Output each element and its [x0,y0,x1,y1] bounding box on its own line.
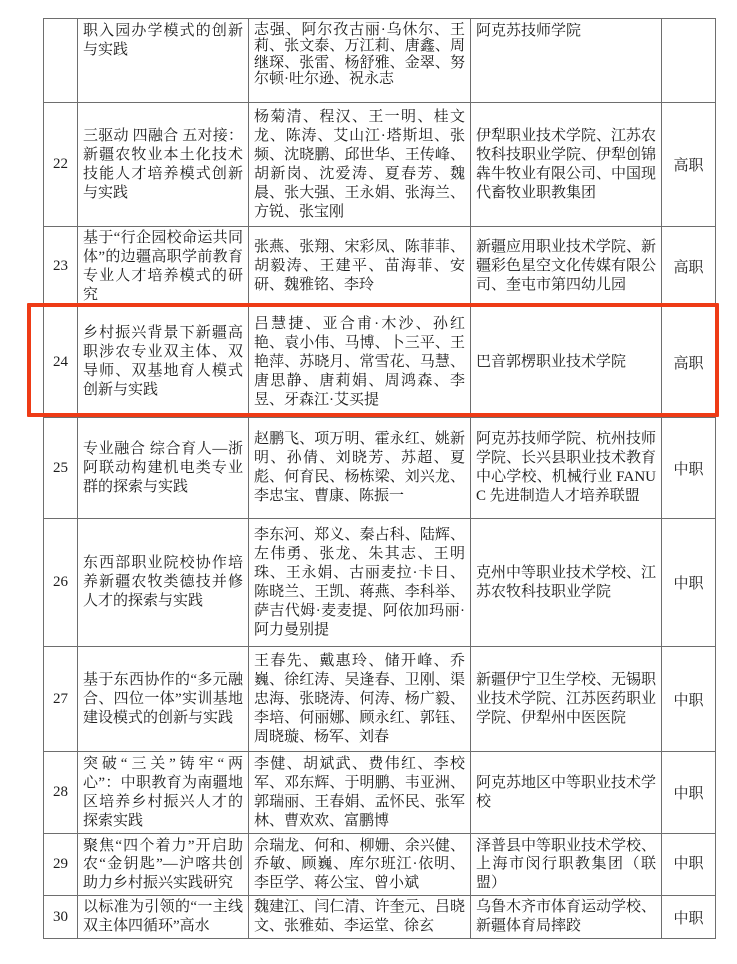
cell-organizations: 克州中等职业技术学校、江苏农牧科技职业学院 [471,519,662,647]
level-label: 高职 [673,256,703,277]
cell-level: 高职 [662,103,716,227]
level-label: 高职 [673,352,703,373]
cell-organizations: 新疆应用职业技术学院、新疆彩色星空文化传媒有限公司、奎屯市第四幼儿园 [471,227,662,307]
project-title: 专业融合 综合育人—浙阿联动构建机电类专业群的探索与实践 [83,440,243,497]
cell-number: 26 [44,519,78,647]
cell-project-title: 职入园办学模式的创新与实践 [78,19,249,103]
table-row-highlighted: 24 乡村振兴背景下新疆高职涉农专业双主体、双导师、双基地育人模式创新与实践 吕… [44,307,716,418]
team-members: 李东河、郑义、秦占科、陆辉、左伟勇、张龙、朱其志、王明珠、王永娟、古丽麦拉·卡日… [254,526,465,640]
row-number: 26 [53,574,68,591]
team-members: 杨菊清、程汉、王一明、桂文龙、陈涛、艾山江·塔斯坦、张频、沈晓鹏、邱世华、王传峰… [254,108,465,222]
cell-team-members: 张燕、张翔、宋彩凤、陈菲菲、胡毅涛、王建平、苗海菲、安研、魏雅铭、李玲 [249,227,471,307]
table-row: 职入园办学模式的创新与实践 志强、阿尔孜古丽·乌休尔、王莉、张文泰、万江莉、唐鑫… [44,19,716,103]
cell-number: 27 [44,647,78,752]
organizations: 阿克苏技师学院、杭州技师学院、长兴县职业技术教育中心学校、机械行业 FANUC … [476,430,656,506]
row-number: 24 [53,354,68,371]
cell-project-title: 基于东西协作的“多元融合、四位一体”实训基地建设模式的创新与实践 [78,647,249,752]
organizations: 新疆伊宁卫生学校、无锡职业技术学院、江苏医药职业学院、伊犁州中医医院 [476,671,656,728]
level-label: 中职 [673,782,703,803]
cell-organizations: 乌鲁木齐市体育运动学校、新疆体育局摔跤 [471,896,662,939]
cell-number: 24 [44,307,78,418]
cell-organizations: 巴音郭楞职业技术学院 [471,307,662,418]
cell-number: 30 [44,896,78,939]
cell-project-title: 突破“三关”铸牢“两心”：中职教育为南疆地区培养乡村振兴人才的探索实践 [78,752,249,834]
organizations: 伊犁职业技术学院、江苏农牧科技职业学院、伊犁创锦犇牛牧业有限公司、中国现代畜牧业… [476,127,656,203]
cell-number [44,19,78,103]
project-title: 以标准为引领的“一主线双主体四循环”高水 [83,898,243,936]
cell-organizations: 泽普县中等职业技术学校、上海市闵行职教集团（联盟） [471,834,662,896]
level-label: 高职 [673,154,703,175]
cell-team-members: 佘瑞龙、何和、柳姗、余兴健、乔敏、顾巍、库尔班江·依明、李臣学、蒋公宝、曾小斌 [249,834,471,896]
cell-team-members: 魏建江、闫仁清、许奎元、吕晓文、张雅茹、李运堂、徐玄 [249,896,471,939]
project-title: 职入园办学模式的创新与实践 [83,22,243,60]
team-members: 佘瑞龙、何和、柳姗、余兴健、乔敏、顾巍、库尔班江·依明、李臣学、蒋公宝、曾小斌 [254,837,465,893]
project-title: 突破“三关”铸牢“两心”：中职教育为南疆地区培养乡村振兴人才的探索实践 [83,755,243,831]
cell-project-title: 东西部职业院校协作培养新疆农牧类德技并修人才的探索与实践 [78,519,249,647]
organizations: 克州中等职业技术学校、江苏农牧科技职业学院 [476,564,656,602]
cell-level [662,19,716,103]
cell-project-title: 以标准为引领的“一主线双主体四循环”高水 [78,896,249,939]
table-row: 27 基于东西协作的“多元融合、四位一体”实训基地建设模式的创新与实践 王春先、… [44,647,716,752]
project-title: 乡村振兴背景下新疆高职涉农专业双主体、双导师、双基地育人模式创新与实践 [83,324,243,400]
project-title: 基于“行企园校命运共同体”的边疆高职学前教育专业人才培养模式的研究 [83,229,243,305]
organizations: 巴音郭楞职业技术学院 [476,353,656,372]
team-members: 魏建江、闫仁清、许奎元、吕晓文、张雅茹、李运堂、徐玄 [254,898,465,936]
team-members: 王春先、戴惠玲、储开峰、乔巍、徐红涛、吴逢春、卫刚、渠忠海、张晓涛、何涛、杨广毅… [254,652,465,747]
table-row: 29 聚焦“四个着力”开启助农“金钥匙”—沪喀共创助力乡村振兴实践研究 佘瑞龙、… [44,834,716,896]
cell-number: 22 [44,103,78,227]
level-label: 中职 [673,572,703,593]
row-number: 25 [53,460,68,477]
cell-team-members: 李东河、郑义、秦占科、陆辉、左伟勇、张龙、朱其志、王明珠、王永娟、古丽麦拉·卡日… [249,519,471,647]
cell-project-title: 聚焦“四个着力”开启助农“金钥匙”—沪喀共创助力乡村振兴实践研究 [78,834,249,896]
row-number: 28 [53,784,68,801]
organizations: 新疆应用职业技术学院、新疆彩色星空文化传媒有限公司、奎屯市第四幼儿园 [476,238,656,295]
cell-level: 中职 [662,752,716,834]
cell-level: 高职 [662,307,716,418]
table-row: 26 东西部职业院校协作培养新疆农牧类德技并修人才的探索与实践 李东河、郑义、秦… [44,519,716,647]
level-label: 中职 [673,907,703,928]
team-members: 吕慧捷、亚合甫·木沙、孙红艳、袁小伟、马博、卜三平、王艳萍、苏晓月、常雪花、马慧… [254,315,465,410]
cell-project-title: 基于“行企园校命运共同体”的边疆高职学前教育专业人才培养模式的研究 [78,227,249,307]
cell-team-members: 赵鹏飞、项万明、霍永红、姚新明、孙倩、刘晓芳、苏超、夏彪、何育民、杨栋梁、刘兴龙… [249,418,471,519]
table-row: 28 突破“三关”铸牢“两心”：中职教育为南疆地区培养乡村振兴人才的探索实践 李… [44,752,716,834]
row-number: 22 [53,156,68,173]
level-label: 中职 [673,458,703,479]
table-row: 23 基于“行企园校命运共同体”的边疆高职学前教育专业人才培养模式的研究 张燕、… [44,227,716,307]
team-members: 赵鹏飞、项万明、霍永红、姚新明、孙倩、刘晓芳、苏超、夏彪、何育民、杨栋梁、刘兴龙… [254,430,465,506]
project-title: 三驱动 四融合 五对接：新疆农牧业本土化技术技能人才培养模式创新与实践 [83,127,243,203]
organizations: 乌鲁木齐市体育运动学校、新疆体育局摔跤 [476,898,656,936]
cell-level: 中职 [662,896,716,939]
cell-organizations: 阿克苏地区中等职业技术学校 [471,752,662,834]
cell-team-members: 志强、阿尔孜古丽·乌休尔、王莉、张文泰、万江莉、唐鑫、周继琛、张雷、杨舒雅、金翠… [249,19,471,103]
cell-organizations: 阿克苏技师学院、杭州技师学院、长兴县职业技术教育中心学校、机械行业 FANUC … [471,418,662,519]
cell-level: 中职 [662,418,716,519]
organizations: 阿克苏技师学院 [476,22,656,41]
row-number: 30 [53,909,68,926]
cell-level: 高职 [662,227,716,307]
cell-project-title: 专业融合 综合育人—浙阿联动构建机电类专业群的探索与实践 [78,418,249,519]
cell-organizations: 新疆伊宁卫生学校、无锡职业技术学院、江苏医药职业学院、伊犁州中医医院 [471,647,662,752]
project-title: 基于东西协作的“多元融合、四位一体”实训基地建设模式的创新与实践 [83,671,243,728]
cell-team-members: 吕慧捷、亚合甫·木沙、孙红艳、袁小伟、马博、卜三平、王艳萍、苏晓月、常雪花、马慧… [249,307,471,418]
team-members: 李健、胡斌武、费伟红、李校军、邓东辉、于明鹏、韦亚洲、郭瑞丽、王春娟、孟怀民、张… [254,755,465,831]
cell-number: 28 [44,752,78,834]
cell-organizations: 阿克苏技师学院 [471,19,662,103]
project-awards-table: 职入园办学模式的创新与实践 志强、阿尔孜古丽·乌休尔、王莉、张文泰、万江莉、唐鑫… [43,18,716,939]
project-title: 东西部职业院校协作培养新疆农牧类德技并修人才的探索与实践 [83,554,243,611]
project-title: 聚焦“四个着力”开启助农“金钥匙”—沪喀共创助力乡村振兴实践研究 [83,837,243,893]
row-number: 27 [53,691,68,708]
organizations: 泽普县中等职业技术学校、上海市闵行职教集团（联盟） [476,837,656,893]
cell-project-title: 三驱动 四融合 五对接：新疆农牧业本土化技术技能人才培养模式创新与实践 [78,103,249,227]
cell-number: 23 [44,227,78,307]
row-number: 23 [53,258,68,275]
cell-project-title: 乡村振兴背景下新疆高职涉农专业双主体、双导师、双基地育人模式创新与实践 [78,307,249,418]
row-number: 29 [53,855,68,874]
cell-organizations: 伊犁职业技术学院、江苏农牧科技职业学院、伊犁创锦犇牛牧业有限公司、中国现代畜牧业… [471,103,662,227]
table-row: 22 三驱动 四融合 五对接：新疆农牧业本土化技术技能人才培养模式创新与实践 杨… [44,103,716,227]
cell-team-members: 王春先、戴惠玲、储开峰、乔巍、徐红涛、吴逢春、卫刚、渠忠海、张晓涛、何涛、杨广毅… [249,647,471,752]
cell-number: 25 [44,418,78,519]
document-page: 职入园办学模式的创新与实践 志强、阿尔孜古丽·乌休尔、王莉、张文泰、万江莉、唐鑫… [0,0,737,964]
level-label: 中职 [673,689,703,710]
cell-level: 中职 [662,834,716,896]
cell-team-members: 李健、胡斌武、费伟红、李校军、邓东辉、于明鹏、韦亚洲、郭瑞丽、王春娟、孟怀民、张… [249,752,471,834]
table-row: 30 以标准为引领的“一主线双主体四循环”高水 魏建江、闫仁清、许奎元、吕晓文、… [44,896,716,939]
team-members: 志强、阿尔孜古丽·乌休尔、王莉、张文泰、万江莉、唐鑫、周继琛、张雷、杨舒雅、金翠… [254,22,465,88]
cell-team-members: 杨菊清、程汉、王一明、桂文龙、陈涛、艾山江·塔斯坦、张频、沈晓鹏、邱世华、王传峰… [249,103,471,227]
table-row: 25 专业融合 综合育人—浙阿联动构建机电类专业群的探索与实践 赵鹏飞、项万明、… [44,418,716,519]
cell-level: 中职 [662,647,716,752]
cell-level: 中职 [662,519,716,647]
team-members: 张燕、张翔、宋彩凤、陈菲菲、胡毅涛、王建平、苗海菲、安研、魏雅铭、李玲 [254,238,465,295]
organizations: 阿克苏地区中等职业技术学校 [476,774,656,812]
level-label: 中职 [673,855,703,874]
cell-number: 29 [44,834,78,896]
